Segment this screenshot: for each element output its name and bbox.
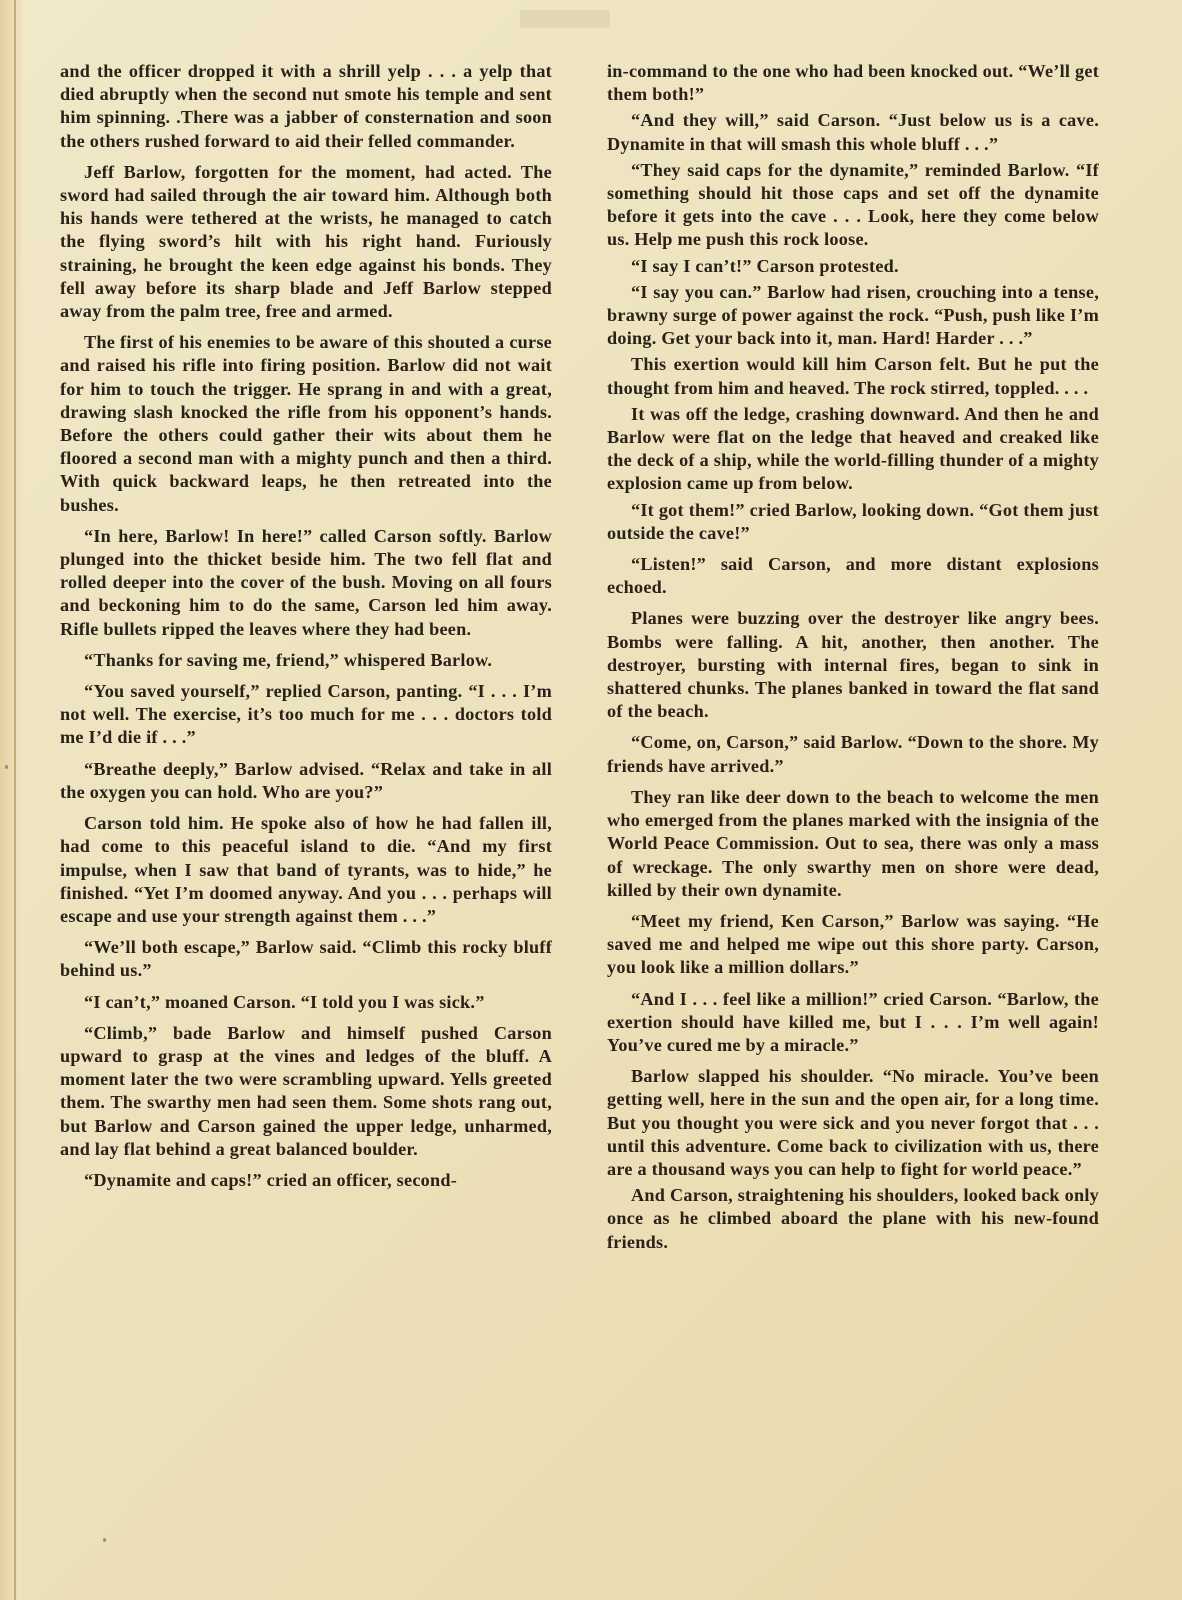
paragraph: “Dynamite and caps!” cried an officer, s…	[60, 1169, 552, 1192]
paragraph: “I say you can.” Barlow had risen, crouc…	[607, 281, 1099, 351]
paper-speck	[103, 1538, 106, 1542]
left-column: and the officer dropped it with a shrill…	[60, 60, 552, 1200]
paragraph: It was off the ledge, crashing downward.…	[607, 403, 1099, 496]
paragraph: “Climb,” bade Barlow and himself pushed …	[60, 1022, 552, 1161]
paragraph: and the officer dropped it with a shrill…	[60, 60, 552, 153]
paragraph: in-command to the one who had been knock…	[607, 60, 1099, 106]
paragraph: Planes were buzzing over the destroyer l…	[607, 607, 1099, 723]
paragraph: “I can’t,” moaned Carson. “I told you I …	[60, 991, 552, 1014]
paragraph: “And they will,” said Carson. “Just belo…	[607, 109, 1099, 155]
page-binding-edge	[0, 0, 22, 1600]
paragraph: “In here, Barlow! In here!” called Carso…	[60, 525, 552, 641]
paper-speck	[5, 765, 8, 769]
faded-page-header	[520, 10, 610, 28]
paragraph: “Come, on, Carson,” said Barlow. “Down t…	[607, 731, 1099, 777]
binding-line	[14, 0, 16, 1600]
paragraph: “I say I can’t!” Carson protested.	[607, 255, 1099, 278]
paragraph: “They said caps for the dynamite,” remin…	[607, 159, 1099, 252]
paragraph: Jeff Barlow, forgotten for the moment, h…	[60, 161, 552, 323]
paragraph: “Meet my friend, Ken Carson,” Barlow was…	[607, 910, 1099, 980]
paragraph: “Breathe deeply,” Barlow advised. “Relax…	[60, 758, 552, 804]
paragraph: And Carson, straightening his shoulders,…	[607, 1184, 1099, 1254]
paragraph: Barlow slapped his shoulder. “No miracle…	[607, 1065, 1099, 1181]
paragraph: “We’ll both escape,” Barlow said. “Climb…	[60, 936, 552, 982]
paragraph: “Thanks for saving me, friend,” whispere…	[60, 649, 552, 672]
paragraph: “And I . . . feel like a million!” cried…	[607, 988, 1099, 1058]
paragraph: This exertion would kill him Carson felt…	[607, 353, 1099, 399]
paragraph: “You saved yourself,” replied Carson, pa…	[60, 680, 552, 750]
paragraph: The first of his enemies to be aware of …	[60, 331, 552, 517]
paragraph: “Listen!” said Carson, and more distant …	[607, 553, 1099, 599]
paragraph: They ran like deer down to the beach to …	[607, 786, 1099, 902]
paragraph: “It got them!” cried Barlow, looking dow…	[607, 499, 1099, 545]
right-column: in-command to the one who had been knock…	[607, 60, 1099, 1257]
paragraph: Carson told him. He spoke also of how he…	[60, 812, 552, 928]
